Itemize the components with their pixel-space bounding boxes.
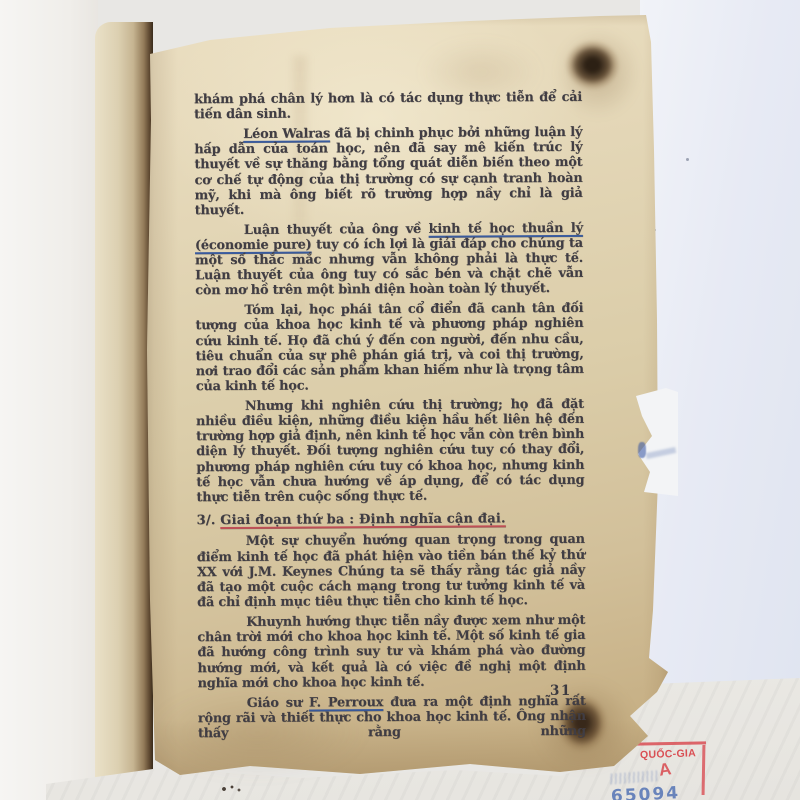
left-page-edge [95,22,153,800]
text-segment: Một sự chuyển hướng quan trọng trong qua… [197,532,585,610]
text-segment: Luận thuyết của ông về [244,221,429,237]
paragraph: Nhưng khi nghiên cứu thị trường; họ đã đ… [196,397,585,506]
underlined-text: Léon Walras [243,126,330,142]
paragraph: khám phá chân lý hơn là có tác dụng thực… [194,90,582,123]
text-segment: Giáo sư [247,695,309,710]
paragraph: Léon Walras đã bị chinh phục bởi những l… [194,125,583,219]
stamp-letter: A [658,759,673,781]
accession-number: 65094 [611,783,681,800]
paragraph: Luận thuyết của ông về kinh tế học thuần… [195,220,583,298]
paragraph: Một sự chuyển hướng quan trọng trong qua… [197,532,585,610]
underlined-text: F. Perroux [309,695,383,710]
book-photo: QUỐC-GIA A 65094 khám phá chân lý hơn là… [0,0,800,800]
ink-specks [220,784,246,794]
text-segment: khám phá chân lý hơn là có tác dụng thực… [194,90,582,123]
text-segment: Khuynh hướng thực tiễn nầy được xem như … [197,613,585,691]
page-number: 31 [550,683,572,699]
paragraph: Tóm lại, học phái tân cổ điển đã canh tâ… [195,301,584,395]
dust-speck [686,158,689,161]
library-stamp-text: QUỐC-GIA [640,747,710,761]
paragraph: Giáo sư F. Perroux đưa ra một định nghĩa… [198,693,586,741]
text-segment: Tóm lại, học phái tân cổ điển đã canh tâ… [195,301,583,394]
text-segment: 3/. [197,513,221,528]
underlined-text: Giai đoạn thứ ba : Định nghĩa cận đại. [220,512,505,529]
paragraph: Khuynh hướng thực tiễn nầy được xem như … [197,613,585,691]
background-left [0,0,98,800]
text-block: khám phá chân lý hơn là có tác dụng thực… [194,90,586,746]
label-mark [638,442,646,458]
text-segment: Nhưng khi nghiên cứu thị trường; họ đã đ… [196,397,584,506]
section-heading: 3/. Giai đoạn thứ ba : Định nghĩa cận đạ… [197,511,585,529]
